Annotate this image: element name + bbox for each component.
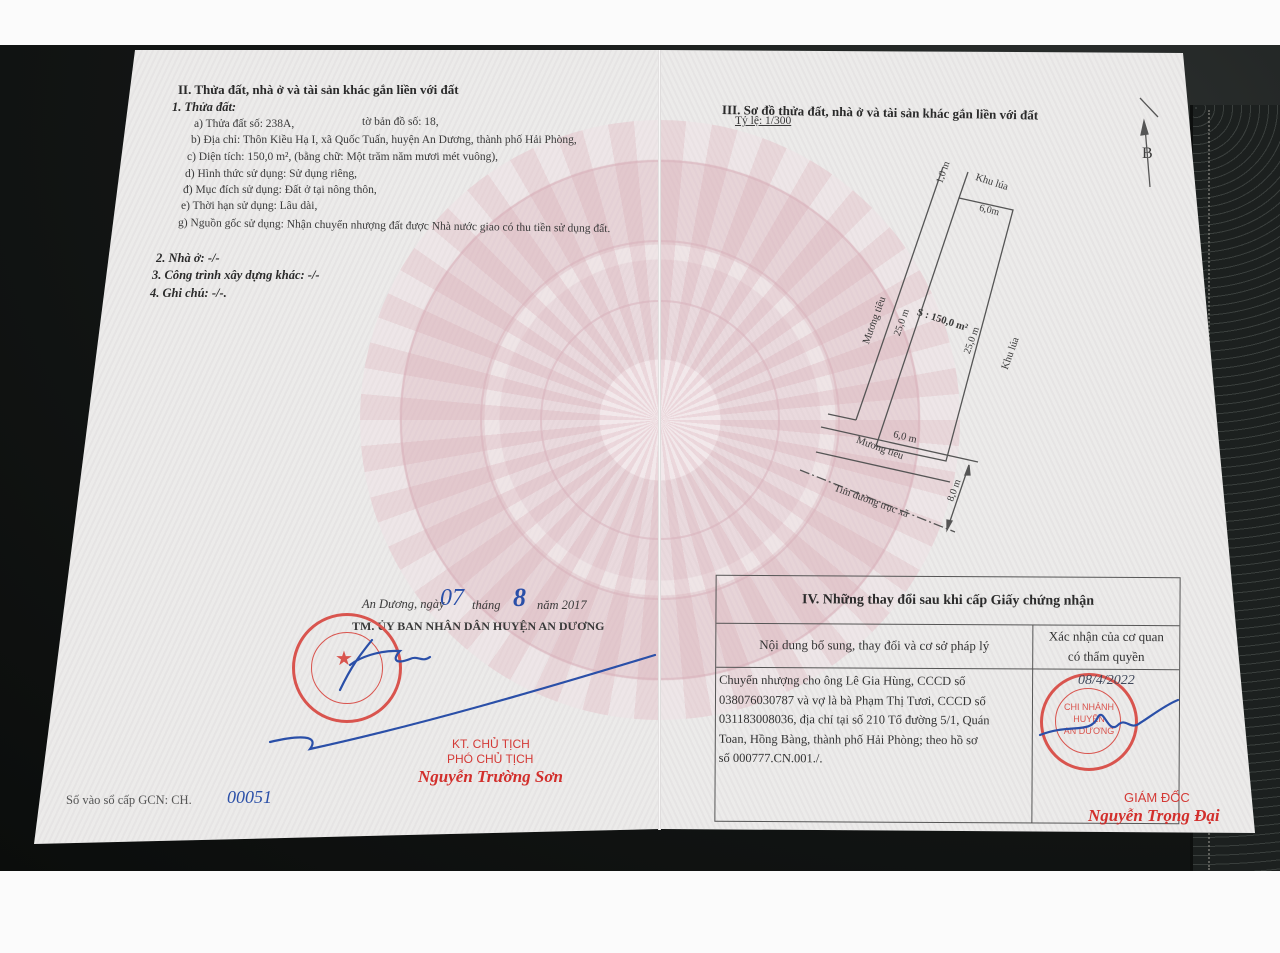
left-signature — [340, 640, 430, 690]
photo-background: II. Thửa đất, nhà ở và tài sản khác gắn … — [0, 45, 1280, 871]
certificate-sheet: II. Thửa đất, nhà ở và tài sản khác gắn … — [0, 45, 1280, 871]
signature-strokes — [0, 45, 1280, 871]
left-signature-tail — [270, 655, 655, 749]
right-signature — [1040, 700, 1178, 735]
